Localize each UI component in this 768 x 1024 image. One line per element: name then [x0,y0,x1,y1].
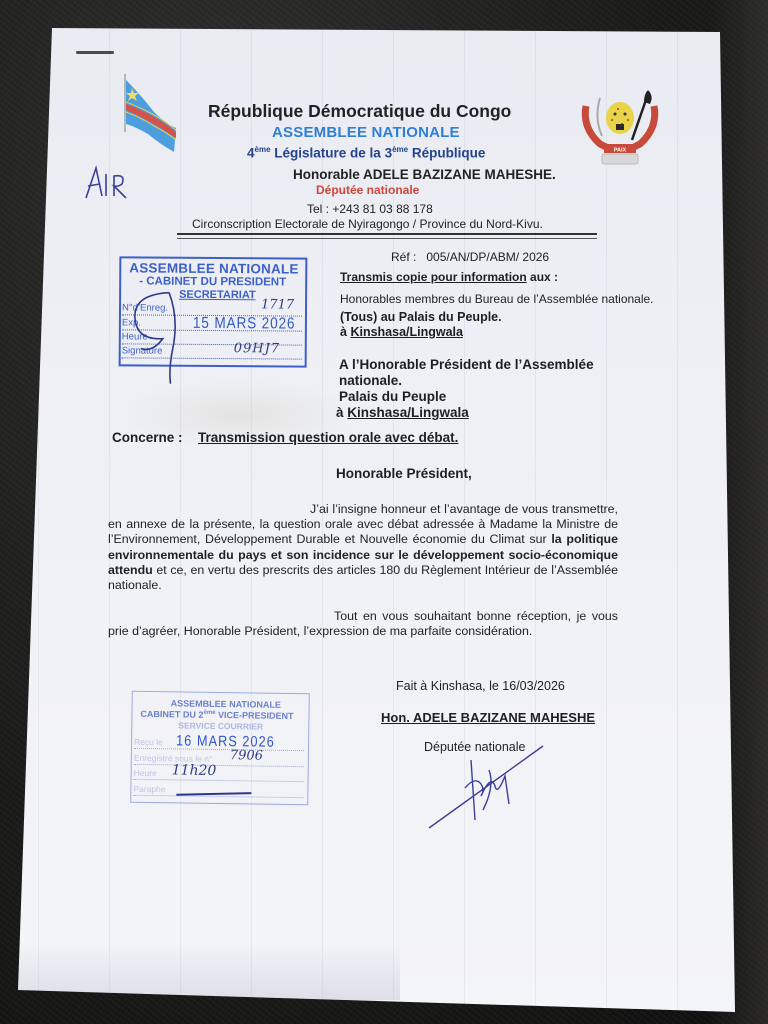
subject-label: Concerne : [112,430,183,445]
stamp-field-registered: Enregistré sous le n° [134,753,304,767]
handwritten-signature [425,740,555,835]
stamp-time: 09HJ7 [234,341,280,356]
copy-to-location: (Tous) au Palais du Peuple. [340,310,502,324]
addressee-line-3: Palais du Peuple [339,389,446,404]
body-paragraph-2: Tout en vous souhaitant bonne réception,… [108,609,618,639]
addressee-city: à Kinshasa/Lingwala [336,405,469,420]
svg-text:PAIX: PAIX [614,148,627,154]
stamp-field-initials: Paraphe [133,784,303,798]
stamp-reg-number: 1717 [261,297,294,312]
institution-name: ASSEMBLEE NATIONALE [272,124,460,141]
addressee-line-1: A l’Honorable Président de l’Assemblée [339,357,594,372]
copy-to-heading: Transmis copie pour information aux : [340,270,558,284]
copy-to-city: à Kinshasa/Lingwala [340,325,463,339]
deputy-title: Députée nationale [316,183,419,197]
copy-to-recipients: Honorables membres du Bureau de l’Assemb… [340,292,654,306]
stamp-date: 15 MARS 2026 [193,315,296,334]
addressee-line-2: nationale. [339,373,402,388]
body-paragraph-1: J’ai l’insigne honneur et l’avantage de … [108,502,618,593]
place-and-date: Fait à Kinshasa, le 16/03/2026 [396,679,565,693]
header-divider-thin [177,238,597,239]
phone-number: Tel : +243 81 03 88 178 [307,202,433,216]
handwritten-initials [76,160,136,205]
signatory-name: Hon. ADELE BAZIZANE MAHESHE [381,710,595,725]
letter-document: PAIX République Démocratique du Congo AS… [0,0,768,1024]
staple-mark [76,51,114,54]
stamp-signature-scribble [122,288,193,383]
letter-paper: PAIX République Démocratique du Congo AS… [0,0,768,1024]
stamp-field-time: Heure [134,768,304,782]
stamp-time: 11h20 [172,762,217,779]
stamp-vice-president-cabinet: ASSEMBLEE NATIONALE CABINET DU 2ème VICE… [130,691,310,805]
subject-value: Transmission question orale avec débat. [198,430,458,445]
constituency: Circonscription Electorale de Nyiragongo… [192,217,543,231]
header-divider [177,233,597,235]
deputy-name: Honorable ADELE BAZIZANE MAHESHE. [293,167,556,182]
reference-number: 005/AN/DP/ABM/ 2026 [426,250,549,264]
stamp-reg-number: 7906 [230,748,263,763]
salutation: Honorable Président, [336,466,472,481]
legislature-line: 4ème Législature de la 3ème République [247,145,485,161]
reference-line: Réf : 005/AN/DP/ABM/ 2026 [391,250,549,264]
stamp-president-cabinet: ASSEMBLEE NATIONALE - CABINET DU PRESIDE… [119,256,308,367]
drc-coat-of-arms-icon: PAIX [578,88,662,168]
drc-flag-icon [120,72,180,157]
country-name: République Démocratique du Congo [208,101,511,122]
